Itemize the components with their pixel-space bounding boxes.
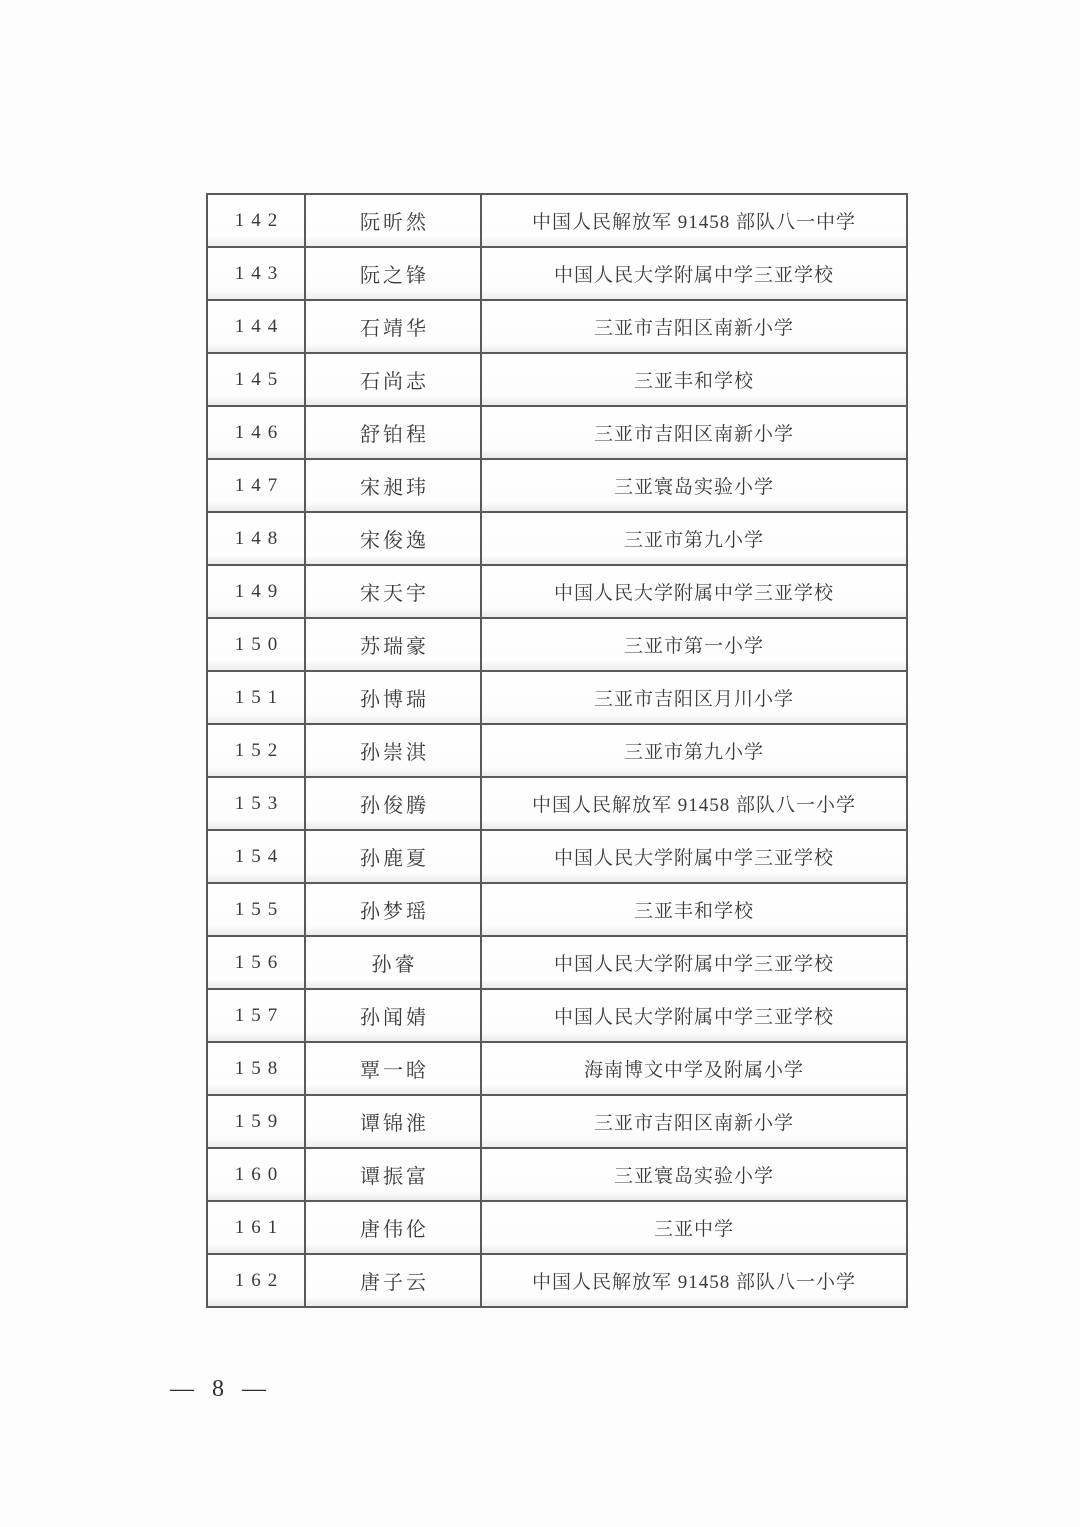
row-number-cell: 143: [207, 247, 305, 300]
student-name-cell: 唐伟伦: [305, 1201, 481, 1254]
table-row: 154 孙鹿夏 中国人民大学附属中学三亚学校: [207, 830, 907, 883]
roster-table: 142 阮昕然 中国人民解放军 91458 部队八一中学 143 阮之锋 中国人…: [206, 193, 908, 1308]
student-name-cell: 孙博瑞: [305, 671, 481, 724]
school-name-cell: 中国人民大学附属中学三亚学校: [481, 565, 907, 618]
row-number-cell: 152: [207, 724, 305, 777]
row-number-cell: 151: [207, 671, 305, 724]
table-row: 144 石靖华 三亚市吉阳区南新小学: [207, 300, 907, 353]
student-name-cell: 阮昕然: [305, 194, 481, 247]
student-name-cell: 谭振富: [305, 1148, 481, 1201]
table-row: 160 谭振富 三亚寰岛实验小学: [207, 1148, 907, 1201]
table-row: 145 石尚志 三亚丰和学校: [207, 353, 907, 406]
student-name-cell: 孙梦瑶: [305, 883, 481, 936]
student-name-cell: 宋俊逸: [305, 512, 481, 565]
table-row: 148 宋俊逸 三亚市第九小学: [207, 512, 907, 565]
school-name-cell: 中国人民大学附属中学三亚学校: [481, 989, 907, 1042]
school-name-cell: 三亚市吉阳区南新小学: [481, 406, 907, 459]
school-name-cell: 三亚市第一小学: [481, 618, 907, 671]
student-name-cell: 宋天宇: [305, 565, 481, 618]
table-row: 153 孙俊腾 中国人民解放军 91458 部队八一小学: [207, 777, 907, 830]
table-row: 146 舒铂程 三亚市吉阳区南新小学: [207, 406, 907, 459]
row-number-cell: 154: [207, 830, 305, 883]
row-number-cell: 146: [207, 406, 305, 459]
school-name-cell: 三亚丰和学校: [481, 353, 907, 406]
table-row: 159 谭锦淮 三亚市吉阳区南新小学: [207, 1095, 907, 1148]
school-name-cell: 海南博文中学及附属小学: [481, 1042, 907, 1095]
student-name-cell: 孙睿: [305, 936, 481, 989]
school-name-cell: 中国人民解放军 91458 部队八一小学: [481, 777, 907, 830]
student-name-cell: 石靖华: [305, 300, 481, 353]
school-name-cell: 中国人民大学附属中学三亚学校: [481, 936, 907, 989]
student-name-cell: 苏瑞豪: [305, 618, 481, 671]
school-name-cell: 三亚中学: [481, 1201, 907, 1254]
school-name-cell: 三亚市吉阳区月川小学: [481, 671, 907, 724]
table-row: 161 唐伟伦 三亚中学: [207, 1201, 907, 1254]
table-row: 152 孙崇淇 三亚市第九小学: [207, 724, 907, 777]
school-name-cell: 中国人民大学附属中学三亚学校: [481, 830, 907, 883]
student-name-cell: 孙俊腾: [305, 777, 481, 830]
student-name-cell: 舒铂程: [305, 406, 481, 459]
student-name-cell: 石尚志: [305, 353, 481, 406]
row-number-cell: 153: [207, 777, 305, 830]
row-number-cell: 160: [207, 1148, 305, 1201]
school-name-cell: 三亚丰和学校: [481, 883, 907, 936]
row-number-cell: 159: [207, 1095, 305, 1148]
table-row: 142 阮昕然 中国人民解放军 91458 部队八一中学: [207, 194, 907, 247]
roster-table-body: 142 阮昕然 中国人民解放军 91458 部队八一中学 143 阮之锋 中国人…: [207, 194, 907, 1307]
row-number-cell: 158: [207, 1042, 305, 1095]
school-name-cell: 三亚寰岛实验小学: [481, 459, 907, 512]
page-number: — 8 —: [170, 1376, 272, 1403]
row-number-cell: 142: [207, 194, 305, 247]
row-number-cell: 149: [207, 565, 305, 618]
school-name-cell: 中国人民解放军 91458 部队八一小学: [481, 1254, 907, 1307]
table-row: 149 宋天宇 中国人民大学附属中学三亚学校: [207, 565, 907, 618]
table-row: 143 阮之锋 中国人民大学附属中学三亚学校: [207, 247, 907, 300]
student-name-cell: 覃一晗: [305, 1042, 481, 1095]
school-name-cell: 三亚市吉阳区南新小学: [481, 1095, 907, 1148]
school-name-cell: 中国人民大学附属中学三亚学校: [481, 247, 907, 300]
roster-table-wrap: 142 阮昕然 中国人民解放军 91458 部队八一中学 143 阮之锋 中国人…: [206, 193, 908, 1308]
table-row: 151 孙博瑞 三亚市吉阳区月川小学: [207, 671, 907, 724]
school-name-cell: 三亚寰岛实验小学: [481, 1148, 907, 1201]
student-name-cell: 宋昶玮: [305, 459, 481, 512]
table-row: 162 唐子云 中国人民解放军 91458 部队八一小学: [207, 1254, 907, 1307]
row-number-cell: 148: [207, 512, 305, 565]
row-number-cell: 150: [207, 618, 305, 671]
document-page: 142 阮昕然 中国人民解放军 91458 部队八一中学 143 阮之锋 中国人…: [0, 0, 1080, 1527]
school-name-cell: 三亚市吉阳区南新小学: [481, 300, 907, 353]
student-name-cell: 阮之锋: [305, 247, 481, 300]
table-row: 158 覃一晗 海南博文中学及附属小学: [207, 1042, 907, 1095]
row-number-cell: 145: [207, 353, 305, 406]
table-row: 147 宋昶玮 三亚寰岛实验小学: [207, 459, 907, 512]
table-row: 157 孙闻婧 中国人民大学附属中学三亚学校: [207, 989, 907, 1042]
row-number-cell: 157: [207, 989, 305, 1042]
table-row: 150 苏瑞豪 三亚市第一小学: [207, 618, 907, 671]
row-number-cell: 147: [207, 459, 305, 512]
table-row: 155 孙梦瑶 三亚丰和学校: [207, 883, 907, 936]
row-number-cell: 155: [207, 883, 305, 936]
row-number-cell: 161: [207, 1201, 305, 1254]
student-name-cell: 谭锦淮: [305, 1095, 481, 1148]
school-name-cell: 三亚市第九小学: [481, 724, 907, 777]
school-name-cell: 中国人民解放军 91458 部队八一中学: [481, 194, 907, 247]
student-name-cell: 孙崇淇: [305, 724, 481, 777]
student-name-cell: 唐子云: [305, 1254, 481, 1307]
school-name-cell: 三亚市第九小学: [481, 512, 907, 565]
row-number-cell: 144: [207, 300, 305, 353]
row-number-cell: 156: [207, 936, 305, 989]
row-number-cell: 162: [207, 1254, 305, 1307]
table-row: 156 孙睿 中国人民大学附属中学三亚学校: [207, 936, 907, 989]
student-name-cell: 孙鹿夏: [305, 830, 481, 883]
student-name-cell: 孙闻婧: [305, 989, 481, 1042]
